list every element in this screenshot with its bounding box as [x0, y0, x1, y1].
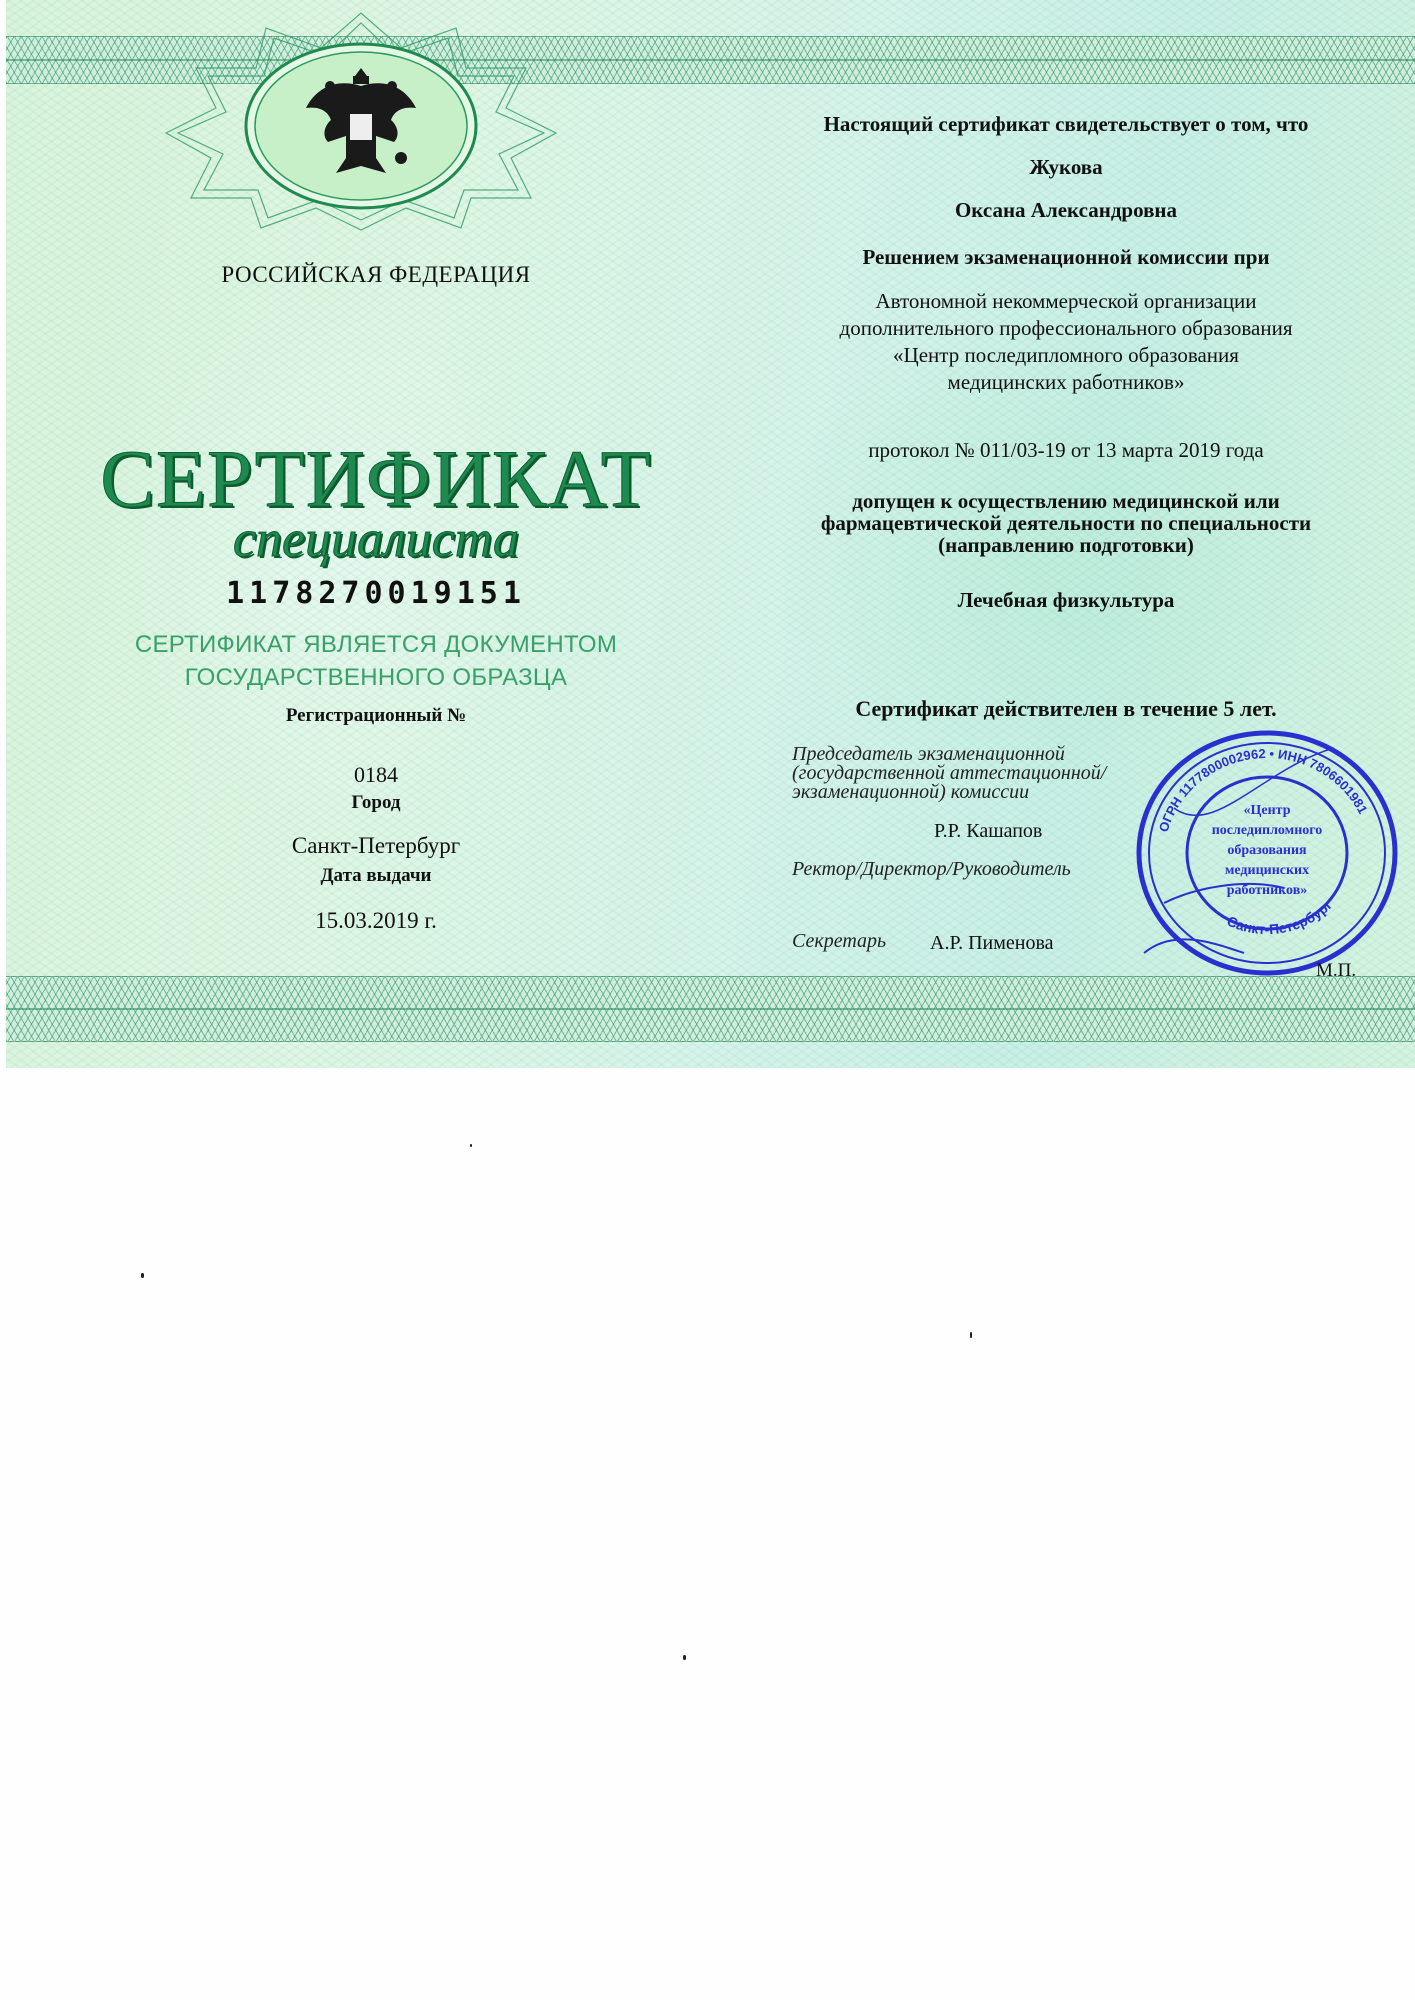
- certificate-subtitle: специалиста: [46, 510, 706, 569]
- issue-date: 15.03.2019 г.: [46, 908, 706, 934]
- intro-text: Настоящий сертификат свидетельствует о т…: [766, 112, 1366, 137]
- chair-title-line: экзаменационной) комиссии: [792, 783, 1106, 802]
- paper-speck: [470, 1144, 472, 1147]
- paper-speck: [970, 1332, 972, 1338]
- organization-line: дополнительного профессионального образо…: [766, 315, 1366, 342]
- protocol-text: протокол № 011/03-19 от 13 марта 2019 го…: [766, 438, 1366, 463]
- certificate: РОССИЙСКАЯ ФЕДЕРАЦИЯ СЕРТИФИКАТ специали…: [6, 0, 1415, 1068]
- certificate-number: 1178270019151: [46, 576, 706, 611]
- registration-label: Регистрационный №: [46, 705, 706, 727]
- state-document-notice: СЕРТИФИКАТ ЯВЛЯЕТСЯ ДОКУМЕНТОМ ГОСУДАРСТ…: [46, 628, 706, 694]
- specialty: Лечебная физкультура: [766, 588, 1366, 613]
- country-title: РОССИЙСКАЯ ФЕДЕРАЦИЯ: [46, 262, 706, 288]
- stamp-line: работников»: [1227, 883, 1308, 898]
- organization-name: Автономной некоммерческой организации до…: [766, 288, 1366, 396]
- stamp-line: медицинских: [1225, 863, 1309, 878]
- admission-line: фармацевтической деятельности по специал…: [766, 512, 1366, 534]
- chair-name: Р.Р. Кашапов: [934, 820, 1042, 843]
- secretary-name: А.Р. Пименова: [930, 932, 1054, 955]
- seal-place-label: М.П.: [1316, 960, 1356, 982]
- registration-number: 0184: [46, 762, 706, 788]
- coat-of-arms-emblem-icon: [156, 8, 566, 233]
- decision-text: Решением экзаменационной комиссии при: [766, 245, 1366, 270]
- admission-line: допущен к осуществлению медицинской или: [766, 490, 1366, 512]
- validity-text: Сертификат действителен в течение 5 лет.: [766, 696, 1366, 722]
- issue-date-label: Дата выдачи: [46, 865, 706, 887]
- chair-title: Председатель экзаменационной (государств…: [792, 745, 1106, 802]
- admission-text: допущен к осуществлению медицинской или …: [766, 490, 1366, 556]
- holder-surname: Жукова: [766, 155, 1366, 180]
- paper-speck: [683, 1655, 686, 1660]
- stamp-ring-bottom: Санкт-Петербург: [1225, 896, 1336, 937]
- organization-line: Автономной некоммерческой организации: [766, 288, 1366, 315]
- official-stamp-icon: ОГРН 1177800002962 • ИНН 7806601981 Санк…: [1134, 728, 1400, 978]
- state-doc-line: СЕРТИФИКАТ ЯВЛЯЕТСЯ ДОКУМЕНТОМ: [46, 628, 706, 661]
- secretary-title: Секретарь: [792, 930, 886, 953]
- organization-line: «Центр последипломного образования: [766, 342, 1366, 369]
- guilloche-band-bottom: [6, 976, 1415, 1042]
- rector-title: Ректор/Директор/Руководитель: [792, 858, 1071, 881]
- organization-line: медицинских работников»: [766, 369, 1366, 396]
- paper-speck: [141, 1273, 144, 1278]
- state-doc-line: ГОСУДАРСТВЕННОГО ОБРАЗЦА: [46, 661, 706, 694]
- svg-text:Санкт-Петербург: Санкт-Петербург: [1225, 896, 1336, 937]
- city-label: Город: [46, 792, 706, 814]
- stamp-line: последипломного: [1212, 823, 1323, 838]
- holder-name: Оксана Александровна: [766, 198, 1366, 223]
- stamp-line: образования: [1227, 843, 1307, 858]
- stamp-line: «Центр: [1243, 803, 1290, 818]
- city-value: Санкт-Петербург: [46, 833, 706, 859]
- admission-line: (направлению подготовки): [766, 534, 1366, 556]
